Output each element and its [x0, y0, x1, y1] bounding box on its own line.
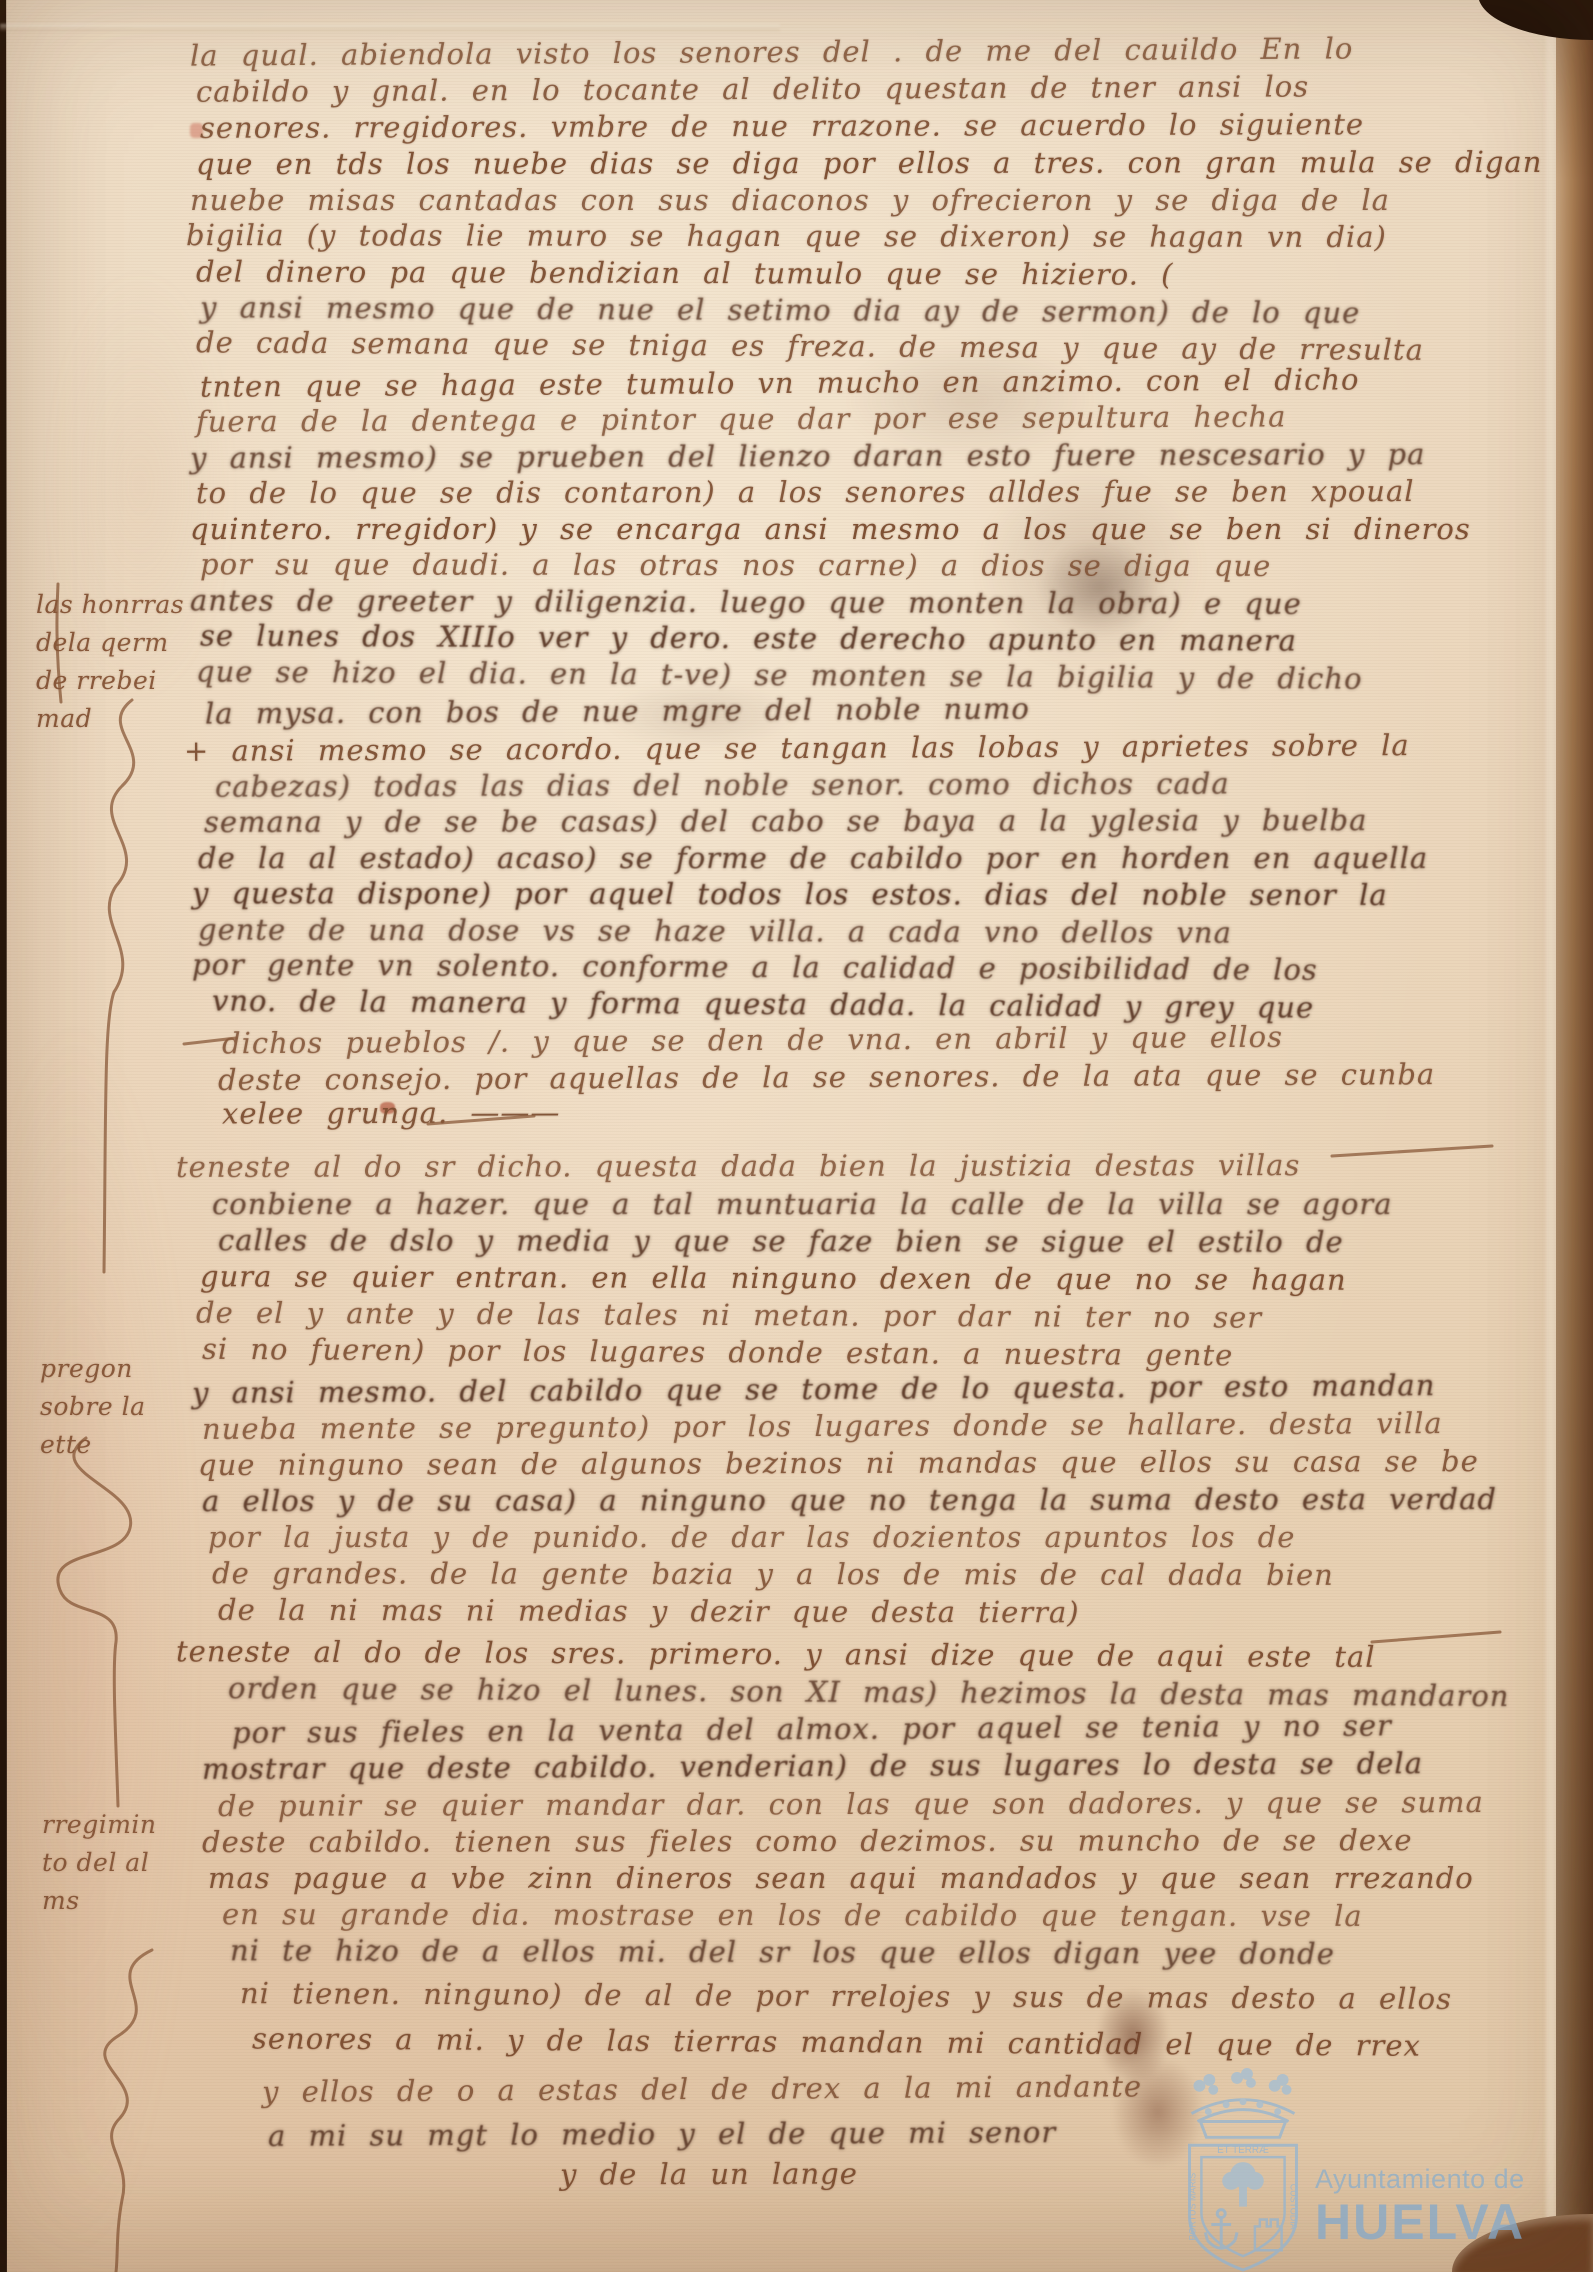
manuscript-scan: la qual. abiendola visto los senores del… [0, 0, 1593, 2272]
manuscript-line: y ansi mesmo que de nue el setimo dia ay… [200, 293, 1360, 327]
watermark-city-name: HUELVA [1315, 2196, 1525, 2248]
anchor-icon [1205, 2210, 1237, 2249]
manuscript-line: senores. rregidores. vmbre de nue rrazon… [200, 110, 1364, 143]
manuscript-line: tnten que se haga este tumulo vn mucho e… [200, 365, 1360, 401]
motto-right: CUSTODIA [1289, 2184, 1299, 2230]
margin-note-line: to del al [42, 1844, 157, 1882]
manuscript-line: xelee grunga. ——— [222, 1098, 560, 1128]
manuscript-line: bigilia (y todas lie muro se hagan que s… [186, 221, 1387, 252]
margin-note-line: mad [36, 700, 184, 738]
motto-left: PORTUS MARIS [1187, 2173, 1197, 2241]
huelva-watermark: ET TERRÆ PORTUS MARIS CUSTODIA Ayuntamie… [1183, 2068, 1523, 2272]
tower-icon [1255, 2220, 1282, 2251]
manuscript-line: y ansi mesmo) se prueben del lienzo dara… [190, 440, 1425, 473]
page-edge-highlight [1546, 0, 1556, 2272]
manuscript-line: gente de una dose vs se haze villa. a ca… [198, 915, 1232, 947]
margin-note: rregiminto del alms [42, 1806, 157, 1920]
manuscript-line: del dinero pa que bendizian al tumulo qu… [196, 257, 1174, 289]
manuscript-line: en su grande dia. mostrase en los de cab… [222, 1900, 1363, 1931]
manuscript-line: de la ni mas ni medias y dezir que desta… [218, 1596, 1080, 1628]
manuscript-line: cabezas) todas las dias del noble senor.… [215, 769, 1230, 801]
tree-icon [1222, 2162, 1264, 2207]
margin-note-line: ette [40, 1426, 145, 1464]
manuscript-line: que en tds los nuebe dias se diga por el… [196, 148, 1542, 179]
manuscript-line: dichos pueblos /. y que se den de vna. e… [222, 1023, 1283, 1059]
manuscript-line: y ellos de o a estas del de drex a la mi… [262, 2072, 1142, 2107]
manuscript-line: vno. de la manera y forma questa dada. l… [212, 987, 1314, 1023]
manuscript-line: antes de greeter y diligenzia. luego que… [190, 586, 1302, 618]
manuscript-line: de cada semana que se tniga es freza. de… [196, 328, 1424, 365]
manuscript-line: mostrar que deste cabildo. venderian) de… [202, 1749, 1423, 1784]
manuscript-line: por gente vn solento. conforme a la cali… [192, 950, 1318, 984]
manuscript-line: que ninguno sean de algunos bezinos ni m… [198, 1447, 1479, 1480]
left-edge-shadow [0, 0, 7, 2272]
manuscript-line: mas pague a vbe zinn dineros sean aqui m… [208, 1864, 1474, 1893]
manuscript-line: se lunes dos XIIIo ver y dero. este dere… [200, 621, 1297, 655]
manuscript-line: la qual. abiendola visto los senores del… [190, 34, 1353, 70]
manuscript-line: por sus fieles en la venta del almox. po… [232, 1711, 1392, 1747]
manuscript-line: senores a mi. y de las tierras mandan mi… [252, 2024, 1421, 2060]
manuscript-line: + ansi mesmo se acordo. que se tangan la… [184, 731, 1410, 766]
margin-note: pregonsobre laette [40, 1350, 145, 1464]
manuscript-line: cabildo y gnal. en lo tocante al delito … [196, 72, 1309, 106]
manuscript-line: a ellos y de su casa) a ninguno que no t… [202, 1485, 1497, 1516]
manuscript-line: nueba mente se pregunto) por los lugares… [202, 1409, 1443, 1444]
manuscript-line: quintero. rregidor) y se encarga ansi me… [190, 515, 1471, 544]
manuscript-line: por la justa y de punido. de dar las doz… [208, 1523, 1295, 1552]
manuscript-line: fuera de la dentega e pintor que dar por… [196, 402, 1287, 436]
manuscript-line: ni tienen. ninguno) de al de por rreloje… [240, 1979, 1452, 2014]
manuscript-line: de el y ante y de las tales ni metan. po… [196, 1298, 1262, 1332]
manuscript-line: teneste al do sr dicho. questa dada bien… [176, 1151, 1300, 1182]
manuscript-line: calles de dslo y media y que se faze bie… [218, 1226, 1344, 1257]
margin-note-line: rregimin [42, 1806, 157, 1844]
margin-note-line: las honrras [36, 586, 184, 624]
margin-note: las honrrasdela qermde rrebeimad [36, 586, 184, 738]
manuscript-line: de grandes. de la gente bazia y a los de… [212, 1559, 1334, 1590]
margin-note-line: ms [42, 1882, 157, 1920]
margin-note-line: sobre la [40, 1388, 145, 1426]
manuscript-line: conbiene a hazer. que a tal muntuaria la… [212, 1190, 1393, 1219]
manuscript-text-block: la qual. abiendola visto los senores del… [0, 0, 1556, 2272]
huelva-coat-of-arms-icon: ET TERRÆ PORTUS MARIS CUSTODIA [1183, 2068, 1303, 2272]
motto-top: ET TERRÆ [1217, 2145, 1269, 2156]
manuscript-line: teneste al do de los sres. primero. y an… [176, 1637, 1376, 1672]
manuscript-line: nuebe misas cantadas con sus diaconos y … [190, 186, 1390, 215]
margin-note-line: pregon [40, 1350, 145, 1388]
manuscript-line: y ansi mesmo. del cabildo que se tome de… [192, 1371, 1436, 1408]
manuscript-line: y de la un lange [560, 2160, 858, 2190]
manuscript-line: deste cabildo. tienen sus fieles como de… [202, 1826, 1413, 1857]
manuscript-line: deste consejo. por aquellas de la se sen… [218, 1060, 1435, 1095]
manuscript-line: semana y de se be casas) del cabo se bay… [204, 806, 1367, 837]
manuscript-line: de punir se quier mandar dar. con las qu… [218, 1788, 1484, 1821]
manuscript-line: a mi su mgt lo medio y el de que mi seno… [268, 2118, 1056, 2151]
binding-edge [1556, 0, 1593, 2272]
crown-icon [1193, 2068, 1291, 2095]
margin-note-line: de rrebei [36, 662, 184, 700]
manuscript-line: to de lo que se dis contaron) a los seno… [196, 477, 1415, 508]
manuscript-line: y questa dispone) por aquel todos los es… [192, 879, 1388, 910]
manuscript-line: orden que se hizo el lunes. son XI mas) … [228, 1674, 1510, 1711]
manuscript-line: si no fueren) por los lugares donde esta… [202, 1335, 1233, 1370]
manuscript-line: gura se quier entran. en ella ninguno de… [200, 1262, 1347, 1295]
manuscript-line: la mysa. con bos de nue mgre del noble n… [205, 694, 1030, 728]
watermark-org-name: Ayuntamiento de [1315, 2164, 1525, 2194]
manuscript-line: de la al estado) acaso) se forme de cabi… [198, 844, 1428, 873]
manuscript-line: por su que daudi. a las otras nos carne)… [200, 550, 1271, 581]
manuscript-line: ni te hizo de a ellos mi. del sr los que… [230, 1936, 1335, 1968]
manuscript-line: que se hizo el dia. en la t-ve) se monte… [196, 657, 1363, 693]
margin-note-line: dela qerm [36, 624, 184, 662]
